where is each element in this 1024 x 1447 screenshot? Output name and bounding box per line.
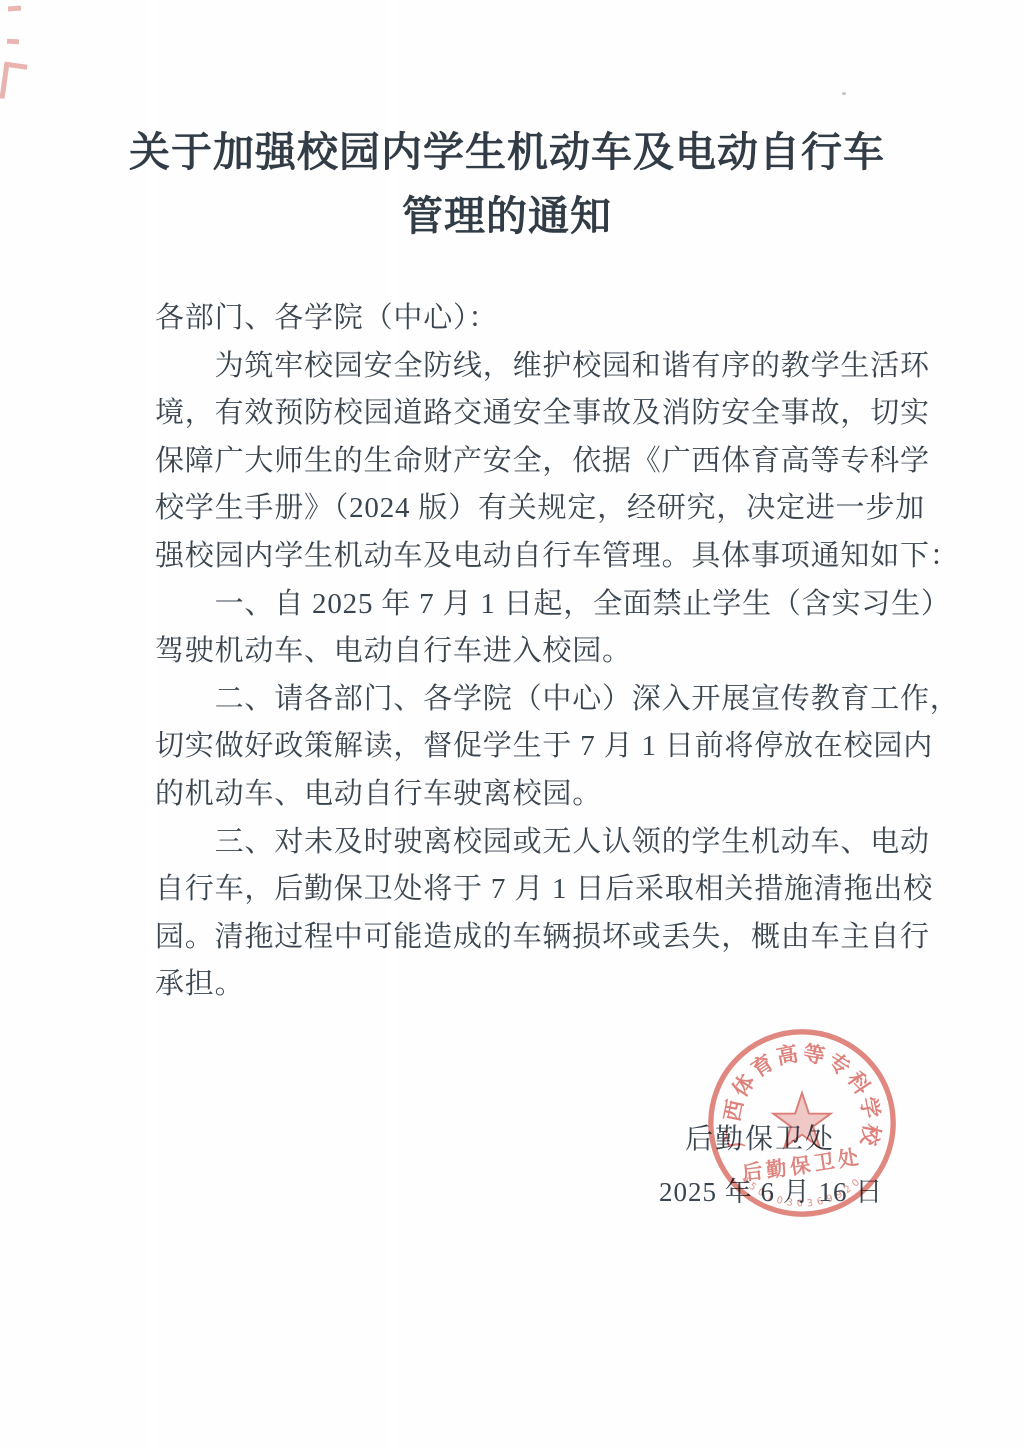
body-line-item-2: 二、请各部门、各学院（中心）深入开展宣传教育工作， xyxy=(155,676,875,724)
red-edge-mark xyxy=(0,62,27,102)
body-line: 境，有效预防校园道路交通安全事故及消防安全事故，切实 xyxy=(155,390,875,438)
body-line: 驾驶机动车、电动自行车进入校园。 xyxy=(155,628,875,676)
salutation-line: 各部门、各学院（中心）： xyxy=(155,295,875,343)
body-line-item-1: 一、自 2025 年 7 月 1 日起，全面禁止学生（含实习生） xyxy=(155,581,875,629)
body-line: 园。清拖过程中可能造成的车辆损坏或丢失，概由车主自行 xyxy=(155,914,875,962)
body-line: 承担。 xyxy=(155,961,875,1009)
seal-star-icon xyxy=(773,1093,830,1147)
document-body: 各部门、各学院（中心）： 为筑牢校园安全防线，维护校园和谐有序的教学生活环 境，… xyxy=(155,295,875,1009)
scan-speck xyxy=(842,92,846,95)
title-line-2: 管理的通知 xyxy=(0,184,1014,248)
body-line: 强校园内学生机动车及电动自行车管理。具体事项通知如下： xyxy=(155,533,875,581)
official-seal: 广西体育高等专科学校 后勤保卫处 4501030369920 xyxy=(705,1026,899,1220)
title-line-1: 关于加强校园内学生机动车及电动自行车 xyxy=(0,120,1014,184)
red-edge-mark xyxy=(7,39,19,45)
body-line: 为筑牢校园安全防线，维护校园和谐有序的教学生活环 xyxy=(155,343,875,391)
body-line-item-3: 三、对未及时驶离校园或无人认领的学生机动车、电动 xyxy=(155,819,875,867)
body-line: 切实做好政策解读，督促学生于 7 月 1 日前将停放在校园内 xyxy=(155,723,875,771)
body-line: 的机动车、电动自行车驶离校园。 xyxy=(155,771,875,819)
document-title: 关于加强校园内学生机动车及电动自行车 管理的通知 xyxy=(0,120,1014,248)
seal-department-text: 后勤保卫处 xyxy=(741,1144,864,1185)
red-edge-mark xyxy=(8,6,21,12)
body-line: 保障广大师生的生命财产安全，依据《广西体育高等专科学 xyxy=(155,438,875,486)
body-line: 自行车，后勤保卫处将于 7 月 1 日后采取相关措施清拖出校 xyxy=(155,866,875,914)
document-page: 关于加强校园内学生机动车及电动自行车 管理的通知 各部门、各学院（中心）： 为筑… xyxy=(0,0,1024,1447)
body-line: 校学生手册》（2024 版）有关规定，经研究，决定进一步加 xyxy=(155,485,875,533)
